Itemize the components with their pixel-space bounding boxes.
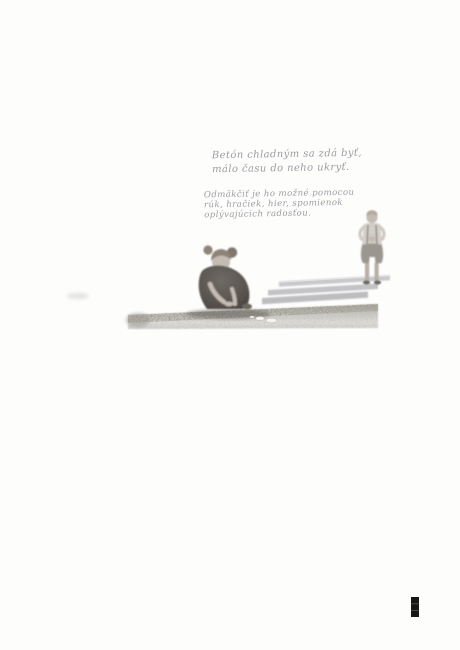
faint-smudge [67,293,89,300]
boy-shoe-right [374,281,381,285]
boy-hands [368,236,375,242]
girl-photo-figure [199,245,252,309]
printers-mark-block [411,597,419,617]
printers-mark [411,597,419,617]
printers-mark-notch-1 [411,603,419,604]
girl-hand [225,302,234,307]
boy-shoe-left [363,281,370,285]
chalk-piece-right [266,318,277,323]
printers-mark-notch-2 [411,610,419,611]
chalk-piece-small [250,316,254,318]
scanned-page: Betón chladným sa zdá byť, málo času do … [0,0,460,650]
concrete-steps [262,275,390,304]
boy-leg-left [365,263,369,281]
chalk-piece-left [256,317,265,321]
boy-photo-figure [360,210,384,284]
boy-knicker-pants [361,244,383,265]
photo-collage [0,0,460,650]
girl-pigtail-left [203,245,212,254]
boy-leg-right [375,263,379,281]
girl-shoe [242,304,252,310]
ledge-left-end-shading [126,313,150,327]
